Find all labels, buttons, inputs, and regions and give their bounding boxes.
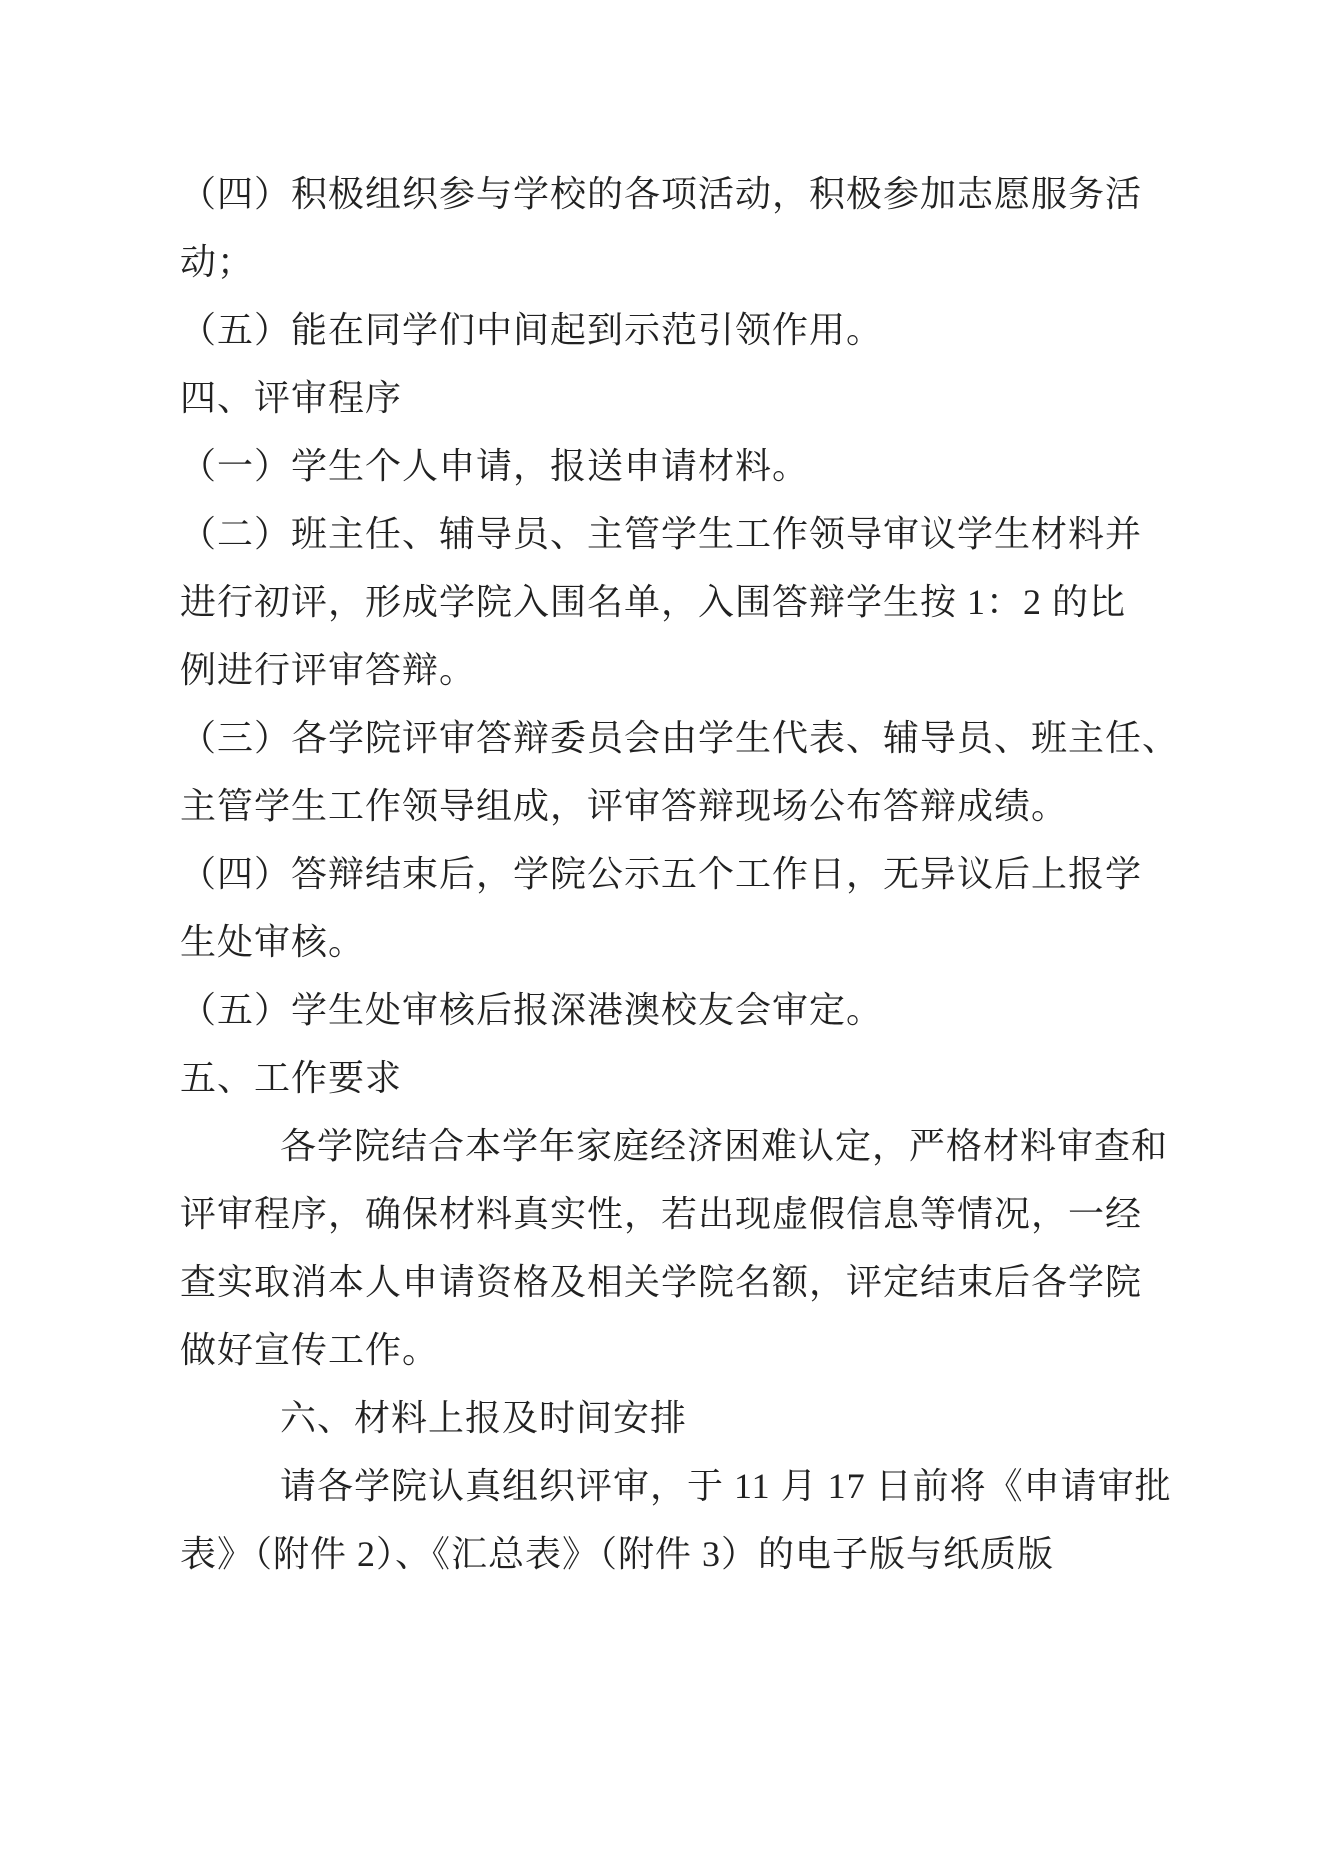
text-line: 生处审核。 [180, 908, 1190, 976]
text-line: 例进行评审答辩。 [180, 636, 1190, 704]
text-line: （三）各学院评审答辩委员会由学生代表、辅导员、班主任、 [180, 704, 1190, 772]
text-line: 动； [180, 228, 1190, 296]
text-line: （二）班主任、辅导员、主管学生工作领导审议学生材料并 [180, 500, 1190, 568]
text-line: （四）答辩结束后，学院公示五个工作日，无异议后上报学 [180, 840, 1190, 908]
text-line: （五）学生处审核后报深港澳校友会审定。 [180, 976, 1190, 1044]
text-line: （四）积极组织参与学校的各项活动，积极参加志愿服务活 [180, 160, 1190, 228]
section-heading-line: 四、评审程序 [180, 364, 1190, 432]
text-line: 请各学院认真组织评审，于 11 月 17 日前将《申请审批 [180, 1452, 1190, 1520]
text-line: 评审程序，确保材料真实性，若出现虚假信息等情况，一经 [180, 1180, 1190, 1248]
text-line: （五）能在同学们中间起到示范引领作用。 [180, 296, 1190, 364]
text-line: 主管学生工作领导组成，评审答辩现场公布答辩成绩。 [180, 772, 1190, 840]
text-line: 各学院结合本学年家庭经济困难认定，严格材料审查和 [180, 1112, 1190, 1180]
section-heading-line: 五、工作要求 [180, 1044, 1190, 1112]
text-line: （一）学生个人申请，报送申请材料。 [180, 432, 1190, 500]
text-line: 做好宣传工作。 [180, 1316, 1190, 1384]
section-heading-line: 六、材料上报及时间安排 [180, 1384, 1190, 1452]
text-line: 查实取消本人申请资格及相关学院名额，评定结束后各学院 [180, 1248, 1190, 1316]
text-line: 表》（附件 2）、《汇总表》（附件 3）的电子版与纸质版 [180, 1520, 1190, 1588]
text-line: 进行初评，形成学院入围名单，入围答辩学生按 1：2 的比 [180, 568, 1190, 636]
document-page: （四）积极组织参与学校的各项活动，积极参加志愿服务活 动； （五）能在同学们中间… [0, 0, 1323, 1871]
document-text-block: （四）积极组织参与学校的各项活动，积极参加志愿服务活 动； （五）能在同学们中间… [180, 160, 1190, 1588]
